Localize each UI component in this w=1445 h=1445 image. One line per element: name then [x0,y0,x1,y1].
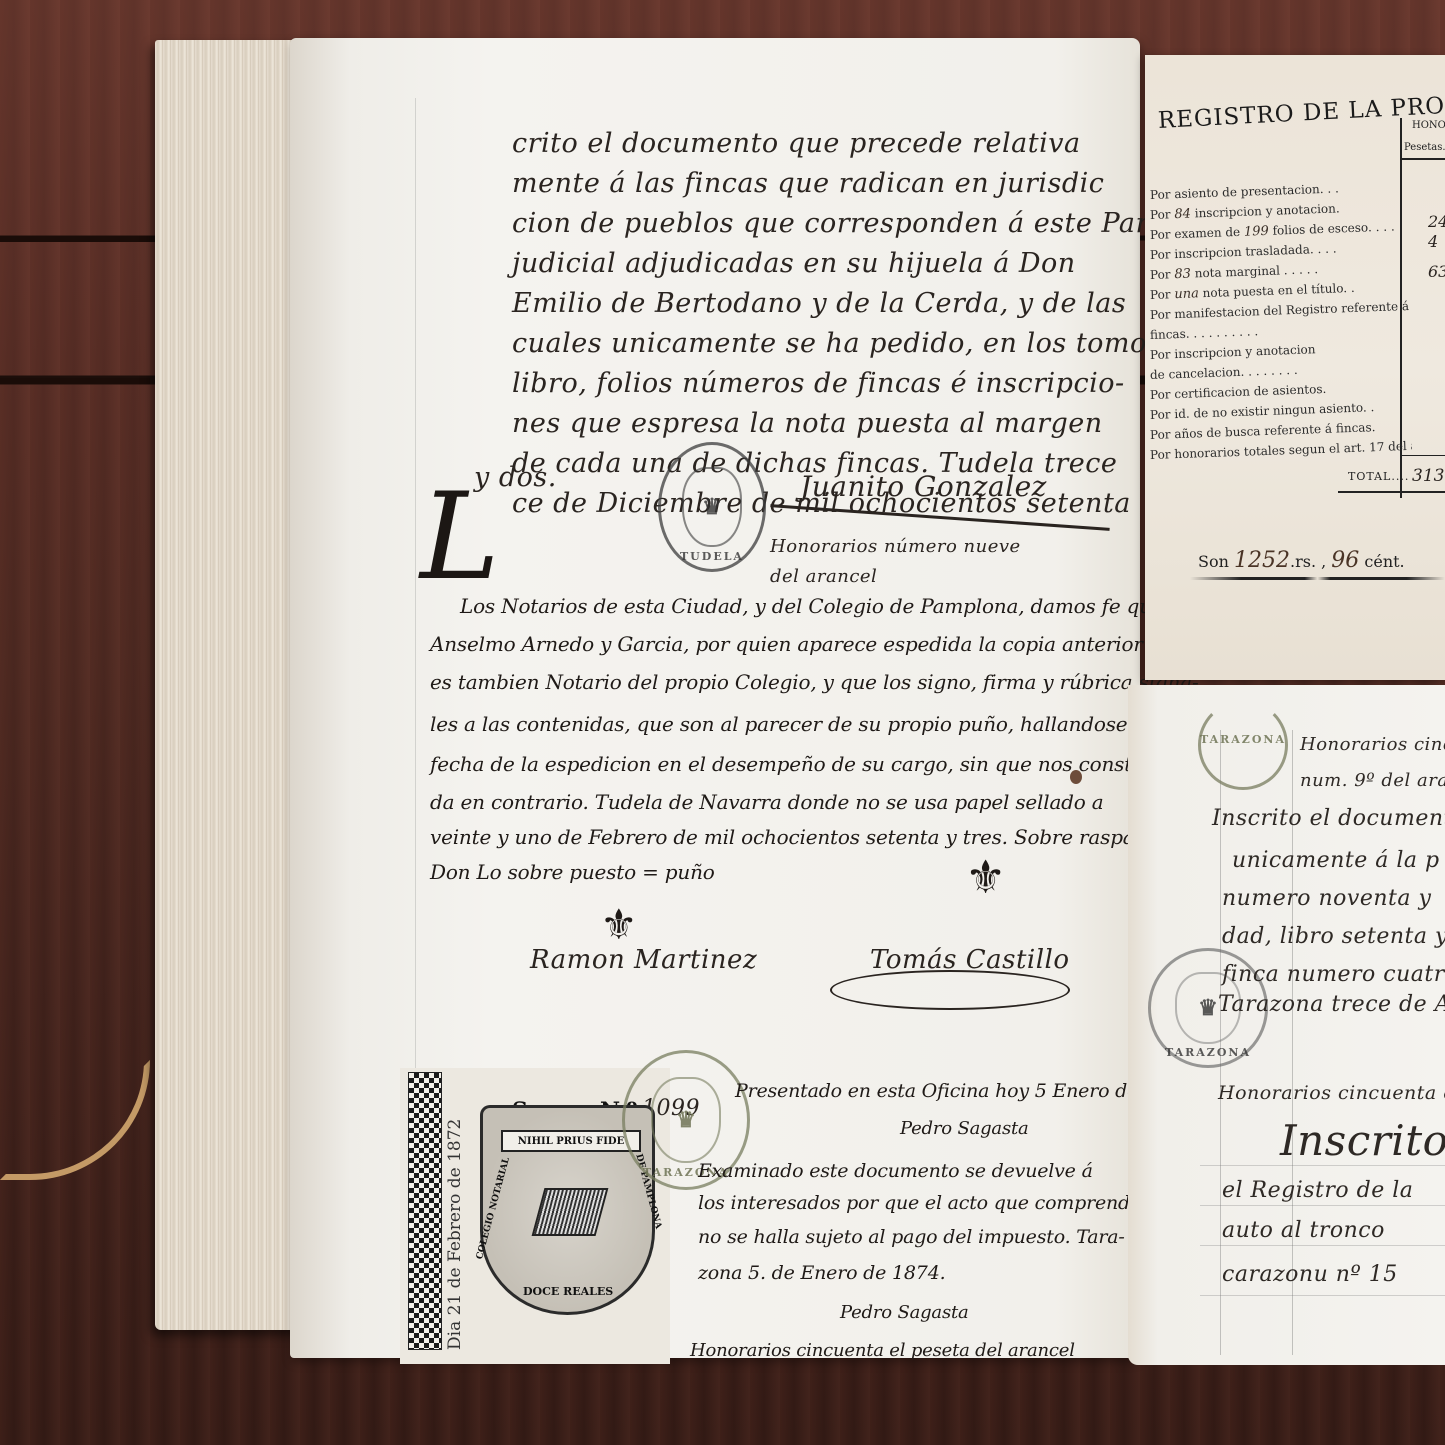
registrar-signature: Juanito Gonzalez [800,470,1047,503]
right-lower-line: dad, libro setenta y dos, de [1222,924,1445,949]
row-prefix: Por [1150,247,1171,262]
row-fill: una [1174,286,1199,302]
form-amount: 244 [1428,212,1445,231]
stamp-city: TARAZONA [1165,1046,1251,1059]
form-total-rule [1402,455,1445,456]
seal-motto: NIHIL PRIUS FIDE [501,1130,641,1152]
wood-crack [0,378,150,384]
fee-note-line: Honorarios número nueve [770,536,1021,557]
rs-label: .rs. , [1290,552,1326,571]
right-lower-line: el Registro de la [1222,1178,1413,1203]
right-lower-line: num. 9º del arancel [1300,770,1445,791]
ledger-row-rule [1200,1165,1445,1166]
certificate-line: libro, folios números de fincas é inscri… [512,368,1125,399]
decorative-rule [1190,577,1445,580]
presentation-fee-line: Honorarios cincuenta el peseta del aranc… [690,1340,1075,1361]
row-fill: 199 [1244,224,1269,240]
certificate-line: mente á las fincas que radican en jurisd… [512,168,1104,199]
certificate-line: Emilio de Bertodano y de la Cerda, y de … [512,288,1126,319]
ledger-row-rule [1200,1245,1445,1246]
row-fill: 84 [1174,207,1191,223]
crown-shield-icon: ♛ [682,467,741,546]
presentation-line: Examinado este documento se devuelve á [698,1160,1093,1182]
presentation-line: los interesados por que el acto que comp… [698,1192,1141,1214]
row-prefix: Por [1150,347,1171,362]
row-prefix: Por [1150,267,1171,282]
notarial-sign-mark-icon: ⚜ [600,900,638,949]
row-prefix: Por [1150,207,1171,222]
form-bottom-rule [1338,491,1445,493]
row-prefix: Por [1150,307,1171,322]
right-lower-line: auto al tronco [1222,1218,1385,1243]
notary-line: fecha de la espedicion en el desempeño d… [430,752,1181,776]
row-text: folios de esceso. . . . [1272,219,1395,237]
row-text: fincas. . . . . . . . . . [1150,324,1259,342]
row-prefix: Por examen de [1150,225,1241,242]
right-lower-line: Tarazona trece de Agosto [1218,992,1445,1017]
form-column-header: HONORA [1412,120,1445,131]
book-icon [532,1188,609,1236]
ink-blot [1070,770,1082,784]
row-text: nota marginal . . . . . [1194,262,1318,280]
notary-line: da en contrario. Tudela de Navarra donde… [430,790,1104,814]
right-lower-line: finca numero cuatro mil [1222,962,1445,987]
right-lower-line: unicamente á la p [1232,848,1440,873]
crown-shield-icon: ♛ [651,1077,722,1163]
seal-value: DOCE REALES [523,1285,613,1298]
form-column-subheader: Pesetas. [1404,142,1445,153]
right-lower-line: Honorarios cincuenta el p [1218,1082,1445,1104]
form-total-label: TOTAL.... [1348,470,1409,483]
right-lower-line: Inscrito el documento [1212,806,1445,831]
ledger-row-rule [1200,1205,1445,1206]
row-prefix: Por [1150,387,1171,402]
form-total-value: 313 [1412,466,1444,486]
presentation-signature: Pedro Sagasta [840,1302,969,1323]
certificate-line: cuales unicamente se ha pedido, en los t… [512,328,1161,359]
notary-signature-1: Ramon Martinez [530,945,757,975]
wood-crack [0,236,160,242]
right-lower-heading: Inscrito [1280,1116,1445,1165]
notary-line: veinte y uno de Febrero de mil ochocient… [430,825,1159,849]
fee-note-line: del arancel [770,566,877,587]
decorative-initial: L [420,478,500,598]
presentation-line: no se halla sujeto al pago del impuesto.… [698,1226,1125,1248]
son-cents: 96 [1331,548,1359,573]
stamp-registro-tudela: ♛ TUDELA [658,442,766,572]
seal-date-line: Dia 21 de Febrero de 1872 [445,1119,465,1350]
certificate-line: cion de pueblos que corresponden á este … [512,208,1204,239]
row-prefix: Por [1150,407,1171,422]
presentation-line: zona 5. de Enero de 1874. [698,1262,945,1284]
form-header-rule [1402,158,1445,160]
presentation-signature: Pedro Sagasta [900,1118,1029,1139]
presentation-line: Presentado en esta Oficina hoy 5 Enero d… [735,1080,1192,1102]
notarial-sign-mark-icon: ⚜ [965,850,1006,904]
signature-flourish [830,970,1070,1010]
notary-line: Don Lo sobre puesto = puño [430,860,715,884]
row-prefix: Por [1150,427,1171,442]
certificate-line: crito el documento que precede relativa [512,128,1081,159]
row-prefix: Por [1150,187,1171,202]
notary-line: les a las contenidas, que son al parecer… [430,712,1169,736]
amount-in-words-line: Son 1252.rs. , 96 cént. [1198,548,1405,573]
row-prefix: Por [1150,287,1171,302]
stamp-city: TUDELA [680,550,744,563]
row-fill: 83 [1174,267,1191,283]
certificate-line: nes que espresa la nota puesta al margen [512,408,1103,439]
son-label: Son [1198,552,1229,571]
notary-line: Anselmo Arnedo y Garcia, por quien apare… [430,632,1143,656]
notary-line: Los Notarios de esta Ciudad, y del Coleg… [460,594,1210,618]
stamp-tarazona-partial: TARAZONA [1198,700,1288,790]
form-amount: 63 [1428,262,1445,281]
right-lower-line: numero noventa y [1222,886,1431,911]
seal-left-band: COLEGIO NOTARIAL [475,1156,512,1260]
notary-line: es tambien Notario del propio Colegio, y… [430,670,1199,694]
certificate-line: judicial adjudicadas en su hijuela á Don [512,248,1076,279]
ledger-row-rule [1200,1295,1445,1296]
right-lower-line: carazonu nº 15 [1222,1262,1398,1287]
row-prefix: Por [1150,447,1171,462]
form-amount: 4 [1428,232,1438,251]
son-reales: 1252 [1234,548,1290,573]
right-lower-line: Honorarios cincuenta [1300,734,1445,755]
stamp-city: TARAZONA [1200,733,1286,746]
cents-label: cént. [1364,552,1404,571]
checkered-strip [408,1072,442,1350]
